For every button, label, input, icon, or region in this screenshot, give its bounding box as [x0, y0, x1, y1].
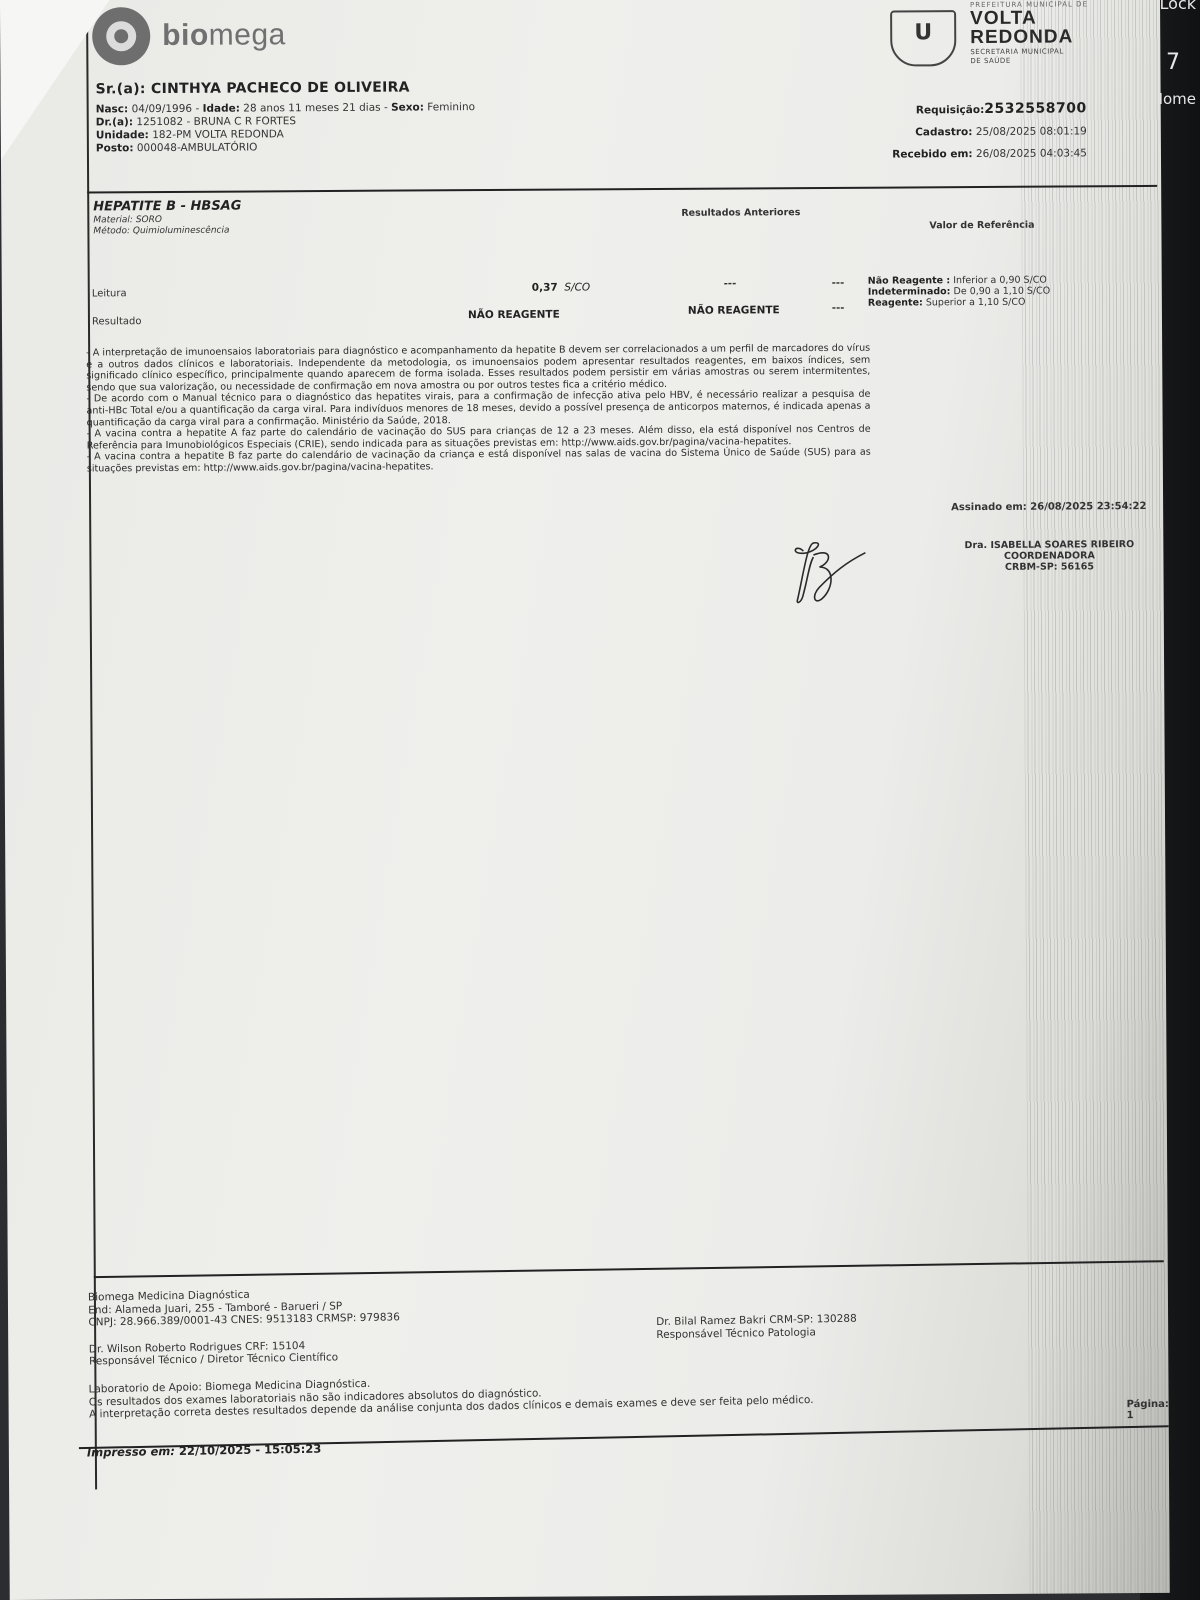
reference-header: Valor de Referência: [929, 220, 1034, 232]
result-value: NÃO REAGENTE: [468, 309, 560, 322]
previous-result-2: ---: [832, 303, 845, 314]
volta-redonda-logo: PREFEITURA MUNICIPAL DE VOLTA REDONDA SE…: [890, 1, 1088, 66]
previous-reading-2: ---: [832, 278, 845, 289]
reference-reactive: Reagente: Superior a 1,10 S/CO: [868, 297, 1050, 309]
keyboard-key-lock: Lock: [1160, 0, 1196, 13]
exam-material: Material: SORO: [93, 215, 229, 227]
city-name-line1: VOLTA: [970, 8, 1088, 28]
previous-reading-1: ---: [724, 279, 737, 290]
secretaria-line2: DE SAÚDE: [970, 57, 1088, 65]
secretaria-line1: SECRETARIA MUNICIPAL: [970, 48, 1088, 56]
result-label: Resultado: [92, 316, 142, 327]
note-paragraph: - A interpretação de imunoensaios labora…: [86, 343, 870, 394]
signer-block: Dra. ISABELLA SOARES RIBEIRO COORDENADOR…: [949, 539, 1149, 573]
coat-of-arms-icon: [890, 10, 956, 66]
reading-label: Leitura: [92, 288, 127, 299]
reference-values: Não Reagente : Inferior a 0,90 S/CO Inde…: [868, 275, 1051, 309]
previous-results-header: Resultados Anteriores: [681, 207, 800, 219]
exam-method: Método: Quimioluminescência: [93, 226, 229, 238]
received-date: Recebido em: 26/08/2025 04:03:45: [892, 142, 1087, 165]
lab-report-page: biomega PREFEITURA MUNICIPAL DE VOLTA RE…: [0, 0, 1170, 1600]
city-name-line2: REDONDA: [970, 27, 1088, 47]
biomega-logo: biomega: [92, 6, 286, 65]
note-paragraph: - De acordo com o Manual técnico para o …: [86, 389, 870, 429]
previous-result-1: NÃO REAGENTE: [688, 304, 780, 317]
post: Posto: 000048-AMBULATÓRIO: [96, 140, 475, 155]
note-paragraph: - A vacina contra a hepatite B faz parte…: [87, 447, 871, 475]
request-info: Requisição:2532558700 Cadastro: 25/08/20…: [892, 97, 1087, 165]
keyboard-key-7: 7: [1166, 50, 1180, 75]
registration-date: Cadastro: 25/08/2025 08:01:19: [892, 120, 1087, 143]
paper-fold-corner: [0, 0, 111, 160]
signer-name: Dra. ISABELLA SOARES RIBEIRO: [949, 539, 1149, 551]
footer-pathology: Dr. Bilal Ramez Bakri CRM-SP: 130288 Res…: [656, 1313, 857, 1341]
patient-name: Sr.(a): CINTHYA PACHECO DE OLIVEIRA: [95, 79, 474, 97]
handwritten-signature: [783, 533, 873, 614]
footer-lab-info: Biomega Medicina Diagnóstica End: Alamed…: [88, 1286, 401, 1368]
exam-meta: Material: SORO Método: Quimioluminescênc…: [93, 215, 229, 238]
requisition-number: Requisição:2532558700: [892, 97, 1087, 121]
patient-info: Sr.(a): CINTHYA PACHECO DE OLIVEIRA Nasc…: [95, 79, 475, 155]
signer-registry: CRBM-SP: 56165: [949, 561, 1149, 573]
signed-at: Assinado em: 26/08/2025 23:54:22: [951, 501, 1146, 513]
biomega-logo-text: biomega: [162, 18, 286, 53]
page-number: Página: 1: [1127, 1399, 1169, 1421]
interpretation-notes: - A interpretação de imunoensaios labora…: [86, 343, 871, 475]
exam-title: HEPATITE B - HBSAG: [93, 199, 241, 215]
reading-value: 0,37 S/CO: [532, 281, 590, 293]
patient-birth-age-sex: Nasc: 04/09/1996 - Idade: 28 anos 11 mes…: [96, 101, 475, 116]
